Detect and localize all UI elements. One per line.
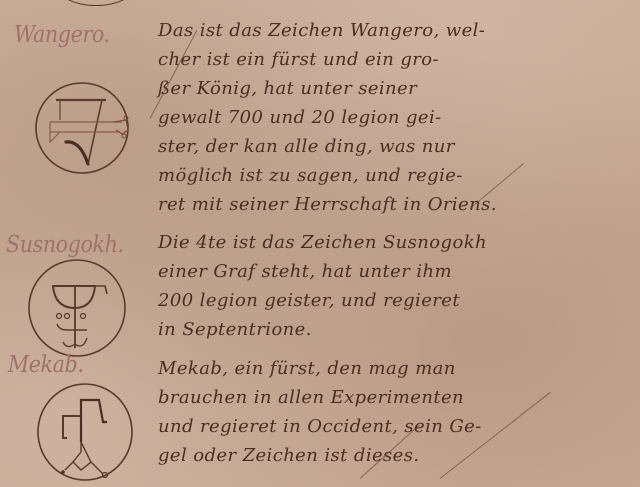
text-line: ßer König, hat unter seiner [158, 74, 628, 103]
manuscript-page: Wangero. Susnogokh. Mek [0, 0, 640, 487]
text-line: Mekab, ein fürst, den mag man [158, 354, 628, 383]
entry-text-mekab: Mekab, ein fürst, den mag man brauchen i… [158, 354, 628, 470]
text-line: gel oder Zeichen ist dieses. [158, 441, 628, 470]
entry-name-mekab: Mekab. [8, 352, 83, 378]
entry-name-wangero: Wangero. [14, 22, 110, 48]
text-line: Die 4te ist das Zeichen Susnogokh [158, 228, 628, 257]
text-line: und regieret in Occident, sein Ge- [158, 412, 628, 441]
text-line: einer Graf steht, hat unter ihm [158, 257, 628, 286]
text-line: cher ist ein fürst und ein gro- [158, 45, 628, 74]
susnogokh-seal-icon [27, 258, 127, 358]
text-line: in Septentrione. [158, 315, 628, 344]
text-line: gewalt 700 und 20 legion gei- [158, 103, 628, 132]
mekab-seal-icon [35, 382, 135, 482]
entry-name-susnogokh: Susnogokh. [6, 232, 124, 258]
text-line: ret mit seiner Herrschaft in Oriens. [158, 190, 628, 219]
wangero-seal-icon [32, 80, 132, 176]
text-line: ster, der kan alle ding, was nur [158, 132, 628, 161]
text-line: möglich ist zu sagen, und regie- [158, 161, 628, 190]
text-line: brauchen in allen Experimenten [158, 383, 628, 412]
entry-text-susnogokh: Die 4te ist das Zeichen Susnogokh einer … [158, 228, 628, 344]
text-line: Das ist das Zeichen Wangero, wel- [158, 16, 628, 45]
text-line: 200 legion geister, und regieret [158, 286, 628, 315]
previous-seal-edge [55, 0, 137, 6]
entry-text-wangero: Das ist das Zeichen Wangero, wel- cher i… [158, 16, 628, 219]
